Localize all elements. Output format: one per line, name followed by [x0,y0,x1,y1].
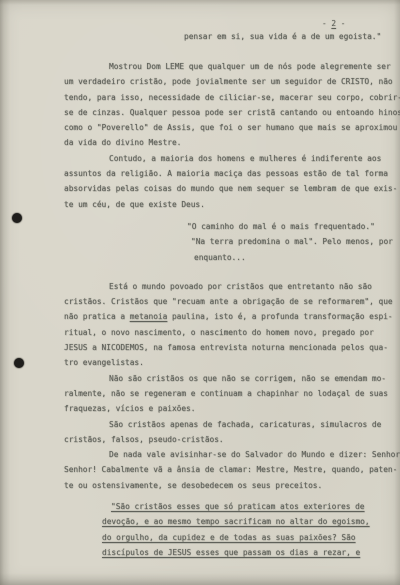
text-line: te um céu, de que existe Deus. [64,197,400,212]
text-segment: não pratica a [64,312,130,321]
scanned-page: - 2 - pensar em si, sua vida é a de um e… [0,0,400,585]
page-number-dash-left: - [322,19,331,28]
quote-line: "Na terra predomina o mal". Pelo menos, … [64,234,400,249]
text-line: De nada vale avisinhar-se do Salvador do… [64,447,400,462]
text-line: Senhor! Cabalmente vã a ânsia de clamar:… [64,462,400,477]
text-line: tendo, para isso, necessidade de cilicia… [64,90,400,105]
text-line: ralmente, não se regeneram e continuam a… [64,386,400,401]
text-line: não pratica a metanoia paulina, isto é, … [64,309,400,324]
opening-quote-line: pensar em si, sua vida é a de um egoista… [184,29,381,44]
text-line: Contudo, a maioria dos homens e mulheres… [64,151,400,166]
underlined-quote-line: do orgulho, da cupidez e de todas as sua… [64,530,400,545]
underlined-quote-line: "São cristãos esses que só praticam atos… [64,499,400,514]
text-line: fraquezas, vícios e paixões. [64,401,400,416]
underlined-word: metanoia [130,312,168,321]
text-line: da vida do divino Mestre. [64,135,400,150]
text-line: se de cinzas. Qualquer pessoa pode ser c… [64,105,400,120]
underlined-quote-line: devoção, e ao mesmo tempo sacrificam no … [64,514,400,529]
quote-line: enquanto... [64,250,400,265]
text-line: Não são cristãos os que não se corrigem,… [64,371,400,386]
text-line: JESUS a NICODEMOS, na famosa entrevista … [64,340,400,355]
text-segment: paulina, isto é, a profunda transformaçã… [167,312,392,321]
text-line: assuntos da religião. A maioria maciça d… [64,166,400,181]
punch-hole-top [12,213,22,223]
text-line: cristãos. Cristãos que "recuam ante a ob… [64,294,400,309]
text-line: um verdadeiro cristão, pode jovialmente … [64,74,400,89]
text-line: cristãos, falsos, pseudo-cristãos. [64,432,400,447]
text-line: como o "Poverello" de Assis, que foi o s… [64,120,400,135]
text-line: absorvidas pelas coisas do mundo que nem… [64,181,400,196]
text-line: tro evangelistas. [64,355,400,370]
quote-line: "O caminho do mal é o mais frequentado." [64,219,400,234]
underlined-quote-line: discípulos de JESUS esses que passam os … [64,545,400,560]
punch-hole-bottom [14,358,24,368]
text-line: São cristãos apenas de fachada, caricatu… [64,417,400,432]
text-line: Mostrou Dom LEME que qualquer um de nós … [64,59,400,74]
text-line: Está o mundo povoado por cristãos que en… [64,279,400,294]
text-line: ritual, o novo nascimento, o nascimento … [64,325,400,340]
text-line: te ou ostensivamente, se desobedecem os … [64,478,400,493]
document-body: Mostrou Dom LEME que qualquer um de nós … [64,59,400,560]
page-number-dash-right: - [336,19,345,28]
